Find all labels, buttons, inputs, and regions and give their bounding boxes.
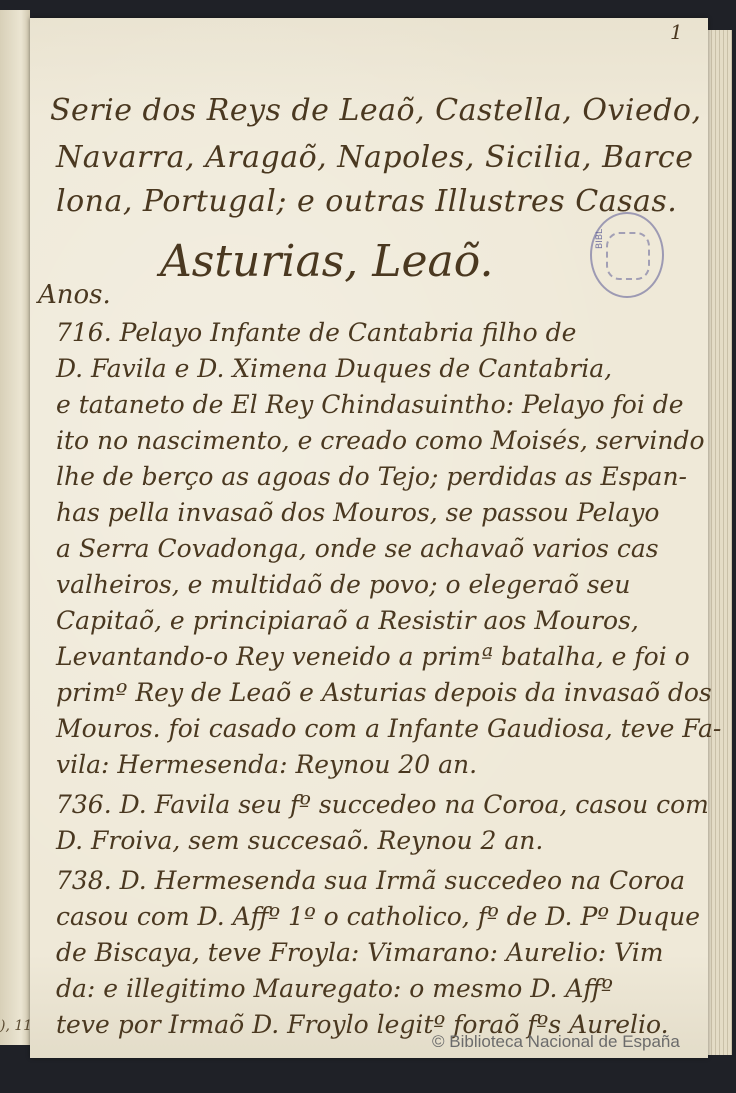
entry-line: Levantando-o Rey veneido a primª batalha… [56,642,690,671]
library-stamp: BIBL [590,212,664,298]
entry-line: D. Froiva, sem succesaõ. Reynou 2 an. [56,826,543,855]
entry-line: casou com D. Affº 1º o catholico, fº de … [56,902,700,931]
entry-line: a Serra Covadonga, onde se achavaõ vario… [56,534,659,563]
entry-year: 736. [56,790,112,819]
entry-line: e tataneto de El Rey Chindasuintho: Pela… [56,390,684,419]
entry-year: 738. [56,866,112,895]
entry-line: Pelayo Infante de Cantabria filho de [120,318,577,347]
entry-line: has pella invasaõ dos Mouros, se passou … [56,498,659,527]
facing-page-edge [0,10,30,1045]
entry-line: ito no nascimento, e creado como Moisés,… [56,426,705,455]
entry-738: 738. D. Hermesenda sua Irmã succedeo na … [56,866,685,895]
stamp-text: BIBL [595,229,605,249]
entry-716: 716. Pelayo Infante de Cantabria filho d… [56,318,576,347]
entry-line: Mouros. foi casado com a Infante Gaudios… [56,714,721,743]
entry-line: Capitaõ, e principiaraõ a Resistir aos M… [56,606,639,635]
entry-line: D. Hermesenda sua Irmã succedeo na Coroa [120,866,685,895]
entry-line: da: e illegitimo Mauregato: o mesmo D. A… [56,974,613,1003]
title-line-2: Navarra, Aragaõ, Napoles, Sicilia, Barce [56,140,693,175]
entry-736: 736. D. Favila seu fº succedeo na Coroa,… [56,790,709,819]
entry-line: de Biscaya, teve Froyla: Vimarano: Aurel… [56,938,663,967]
entry-line: D. Favila seu fº succedeo na Coroa, caso… [120,790,709,819]
entry-line: D. Favila e D. Ximena Duques de Cantabri… [56,354,612,383]
manuscript-page: 1 Serie dos Reys de Leaõ, Castella, Ovie… [30,18,708,1058]
entry-line: lhe de berço as agoas do Tejo; perdidas … [56,462,687,491]
title-line-1: Serie dos Reys de Leaõ, Castella, Oviedo… [50,93,702,128]
entry-year: 716. [56,318,112,347]
entry-line: valheiros, e multidaõ de povo; o elegera… [56,570,630,599]
page-stack-edges [708,30,732,1055]
section-heading: Asturias, Leaõ. [160,236,493,287]
title-line-3: lona, Portugal; e outras Illustres Casas… [56,184,677,219]
years-label: Anos. [38,280,111,310]
folio-number: 1 [670,20,683,44]
stamp-crest-icon [606,232,650,280]
copyright-watermark: © Biblioteca Nacional de España [432,1032,680,1052]
entry-line: primº Rey de Leaõ e Asturias depois da i… [56,678,712,707]
entry-line: vila: Hermesenda: Reynou 20 an. [56,750,477,779]
